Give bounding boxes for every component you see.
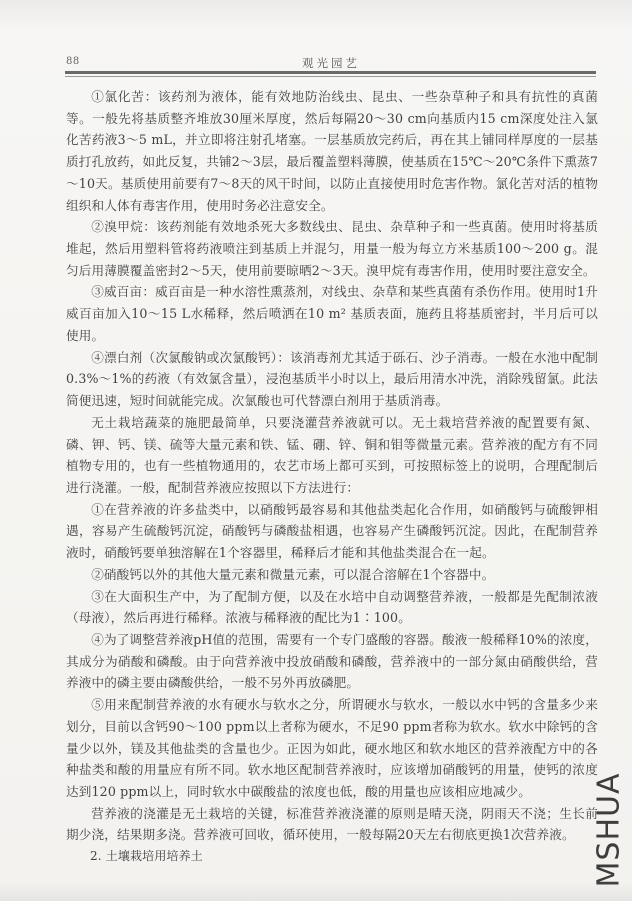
watermark: MSHUA [586, 770, 632, 890]
section-heading: 2. 土壤栽培用培养土 [66, 846, 598, 868]
running-title: 观光园艺 [66, 55, 596, 71]
paragraph-step-5: ⑤用来配制营养液的水有硬水与软水之分，所谓硬水与软水，一般以水中钙的含量多少来划… [66, 694, 598, 803]
paragraph-step-2: ②硝酸钙以外的其他大量元素和微量元素，可以混合溶解在1个容器中。 [66, 564, 598, 586]
book-page: 88 观光园艺 ①氯化苦：该药剂为液体，能有效地防治线虫、昆虫、一些杂草种子和具… [0, 0, 632, 901]
paragraph-chloropicrin: ①氯化苦：该药剂为液体，能有效地防治线虫、昆虫、一些杂草种子和具有抗性的真菌等。… [66, 86, 598, 216]
body-text: ①氯化苦：该药剂为液体，能有效地防治线虫、昆虫、一些杂草种子和具有抗性的真菌等。… [66, 86, 598, 868]
paragraph-irrigation: 营养液的浇灌是无土栽培的关键，标准营养液浇灌的原则是晴天浇，阴雨天不浇；生长前期… [66, 803, 598, 846]
header-rule-thick [65, 71, 596, 74]
paragraph-step-3: ③在大面积生产中，为了配制方便，以及在水培中自动调整营养液，一般都是先配制浓液（… [66, 586, 598, 629]
paragraph-bleach: ④漂白剂（次氯酸钠或次氯酸钙）：该消毒剂尤其适于砾石、沙子消毒。一般在水池中配制… [66, 347, 598, 412]
paragraph-step-1: ①在营养液的许多盐类中，以硝酸钙最容易和其他盐类起化合作用，如硝酸钙与硫酸钾相遇… [66, 499, 598, 564]
paragraph-metham: ③威百亩：威百亩是一种水溶性熏蒸剂，对线虫、杂草和某些真菌有杀伤作用。使用时1升… [66, 281, 598, 346]
scan-shadow-bottom [0, 881, 632, 901]
paragraph-methyl-bromide: ②溴甲烷：该药剂能有效地杀死大多数线虫、昆虫、杂草种子和一些真菌。使用时将基质堆… [66, 216, 598, 281]
paragraph-fertilization-intro: 无土栽培蔬菜的施肥最简单，只要浇灌营养液就可以。无土栽培营养液的配置要有氮、磷、… [66, 412, 598, 499]
page-header: 88 观光园艺 [66, 56, 596, 70]
watermark-text: MSHUA [592, 773, 627, 888]
scan-shadow-top [0, 0, 632, 30]
header-rule-thin [65, 76, 596, 77]
paragraph-step-4: ④为了调整营养液pH值的范围，需要有一个专门盛酸的容器。酸液一般稀释10%的浓度… [66, 629, 598, 694]
